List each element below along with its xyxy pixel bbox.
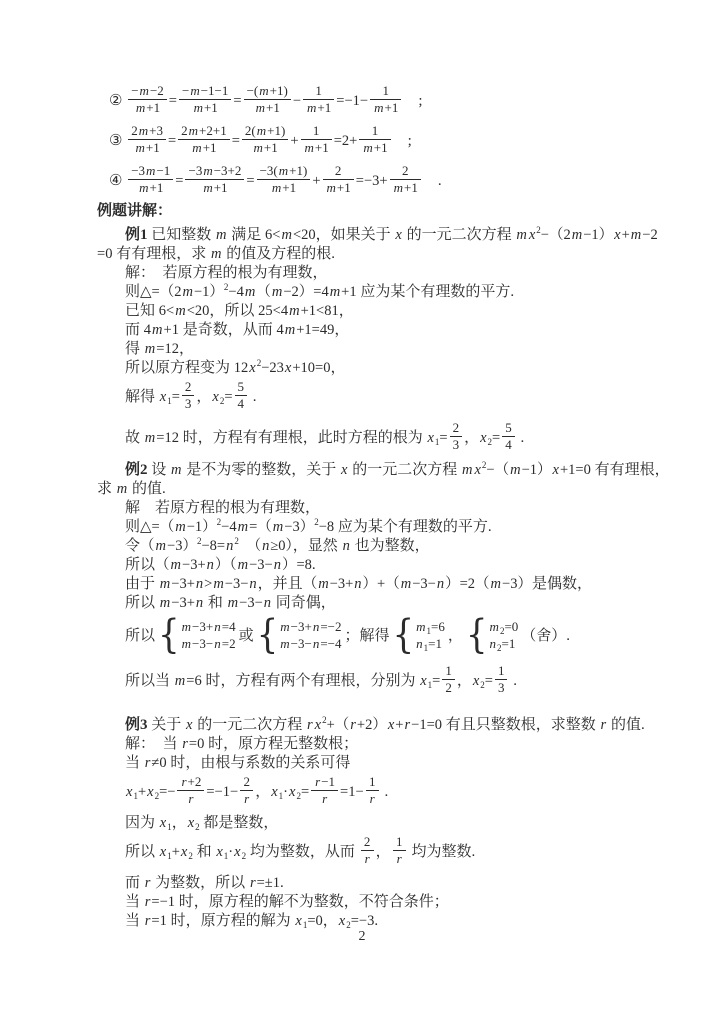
math-run: m — [210, 246, 222, 262]
doc-line: 当 r=−1 时，原方程的解不为整数，不符合条件； — [97, 893, 642, 912]
math-run: m=12 — [144, 341, 179, 357]
math-run: 12x2−23x+10=0 — [234, 360, 331, 376]
text-run: 时，方程有两个有理根，分别为 — [202, 673, 420, 689]
fraction: 1m+1 — [301, 124, 332, 156]
doc-line: 例2 设 m 是不为零的整数，关于 x 的一元二次方程 mx2−（m−1）x+1… — [97, 461, 642, 480]
numerator: 2 — [361, 835, 374, 852]
math-run: m−3+n>m−3−n — [159, 576, 258, 592]
text-run: 有有理根，求 — [112, 246, 210, 262]
math-run: x2 — [187, 815, 200, 831]
equation-system: {m2=0n2=1 — [466, 618, 518, 652]
text-run: 解 若原方程的根为有理数， — [125, 500, 320, 516]
denominator: m+1 — [185, 180, 244, 196]
text-run: 为整数，所以 — [151, 875, 249, 891]
text-run: . — [312, 557, 316, 573]
math-run: m−3−n — [227, 595, 272, 611]
text-run: ; — [393, 133, 412, 149]
numerator: −3m−1 — [128, 164, 173, 181]
numerator: 1 — [303, 84, 334, 101]
fraction: 2m+1 — [323, 164, 354, 196]
text-run: 同奇偶， — [272, 595, 336, 611]
numerator: −m−1−1 — [179, 84, 231, 101]
equation-system: {m−3+n=−2m−3−n=−4 — [257, 618, 342, 652]
text-run: 解： 当 — [125, 736, 181, 752]
math-run: n — [342, 538, 351, 554]
math-run: x1·x2 — [215, 844, 246, 860]
text-run: ， — [457, 673, 472, 689]
numerator: 1 — [442, 664, 455, 681]
denominator: m+1 — [257, 180, 311, 196]
denominator: 2 — [442, 680, 455, 696]
text-run: 所以 — [125, 628, 155, 644]
text-run: ，并且 — [258, 576, 303, 592]
doc-line: 故 m=12 时，方程有有理根，此时方程的根为 x1=23，x2=54 . — [97, 419, 642, 457]
text-run: 应为某个有理数的平方. — [357, 284, 515, 300]
math-run: x — [394, 227, 402, 243]
denominator: m+1 — [244, 100, 291, 116]
doc-line: 因为 x1，x2 都是整数， — [97, 814, 642, 833]
numerator: 1 — [301, 124, 332, 141]
section-heading: 例题讲解： — [97, 201, 642, 221]
denominator: m+1 — [179, 100, 231, 116]
equation-system: {m1=6n1=1 — [393, 618, 445, 652]
math-run: x1= — [426, 430, 447, 446]
numerator: 2m+3 — [128, 124, 166, 141]
math-run: + — [312, 173, 320, 189]
numerator: −3(m+1) — [257, 164, 311, 181]
left-brace: { — [393, 615, 415, 654]
denominator: m+1 — [242, 140, 288, 156]
doc-line: 例3 关于 x 的一元二次方程 rx2+（r+2）x+r−1=0 有且只整数根，… — [97, 716, 642, 735]
fraction: −3(m+1)m+1 — [257, 164, 311, 196]
text-run: 的一元二次方程 — [348, 462, 461, 478]
numerator: r+2 — [177, 775, 204, 792]
math-run: r=1 — [144, 913, 167, 929]
text-run: . — [249, 389, 257, 405]
numerator: 2(m+1) — [242, 124, 288, 141]
text-run: ， — [448, 628, 463, 644]
math-run: 25<4m+1<81 — [258, 303, 339, 319]
math-run: = — [246, 173, 254, 189]
text-run: 故 — [125, 430, 144, 446]
text-run: 或 — [239, 628, 254, 644]
denominator: r — [361, 851, 374, 867]
text-run: ③ — [109, 133, 126, 149]
text-run: 有有理根， — [591, 462, 670, 478]
math-run: r=0 — [181, 736, 204, 752]
text-run: 也为整数， — [351, 538, 430, 554]
denominator: m+1 — [323, 180, 354, 196]
left-brace: { — [158, 615, 180, 654]
fraction: 2m+2+1m+1 — [178, 124, 230, 156]
text-run: 得 — [125, 341, 144, 357]
text-run: 由于 — [125, 576, 159, 592]
bold-label: 例题讲解： — [97, 203, 172, 219]
text-run: . — [423, 173, 442, 189]
fraction: 54 — [235, 380, 248, 412]
doc-line: 则△=（2m−1）2−4m（m−2）=4m+1 应为某个有理数的平方. — [97, 283, 642, 302]
math-run: m — [116, 481, 128, 497]
system-row: m2=0 — [489, 618, 519, 635]
numerator: 2 — [240, 775, 253, 792]
math-run: （m−3+n）（m−3−n）=8 — [155, 557, 312, 573]
math-run: =（m−1）2−4m=（m−3）2−8 — [152, 519, 335, 535]
math-run: m — [170, 462, 182, 478]
numerator: r−1 — [311, 775, 338, 792]
math-run: mx2−（2m−1）x+m−2 — [515, 227, 657, 243]
doc-line: 由于 m−3+n>m−3−n，并且（m−3+n）+（m−3−n）=2（m−3）是… — [97, 575, 642, 594]
doc-line: 所以当 m=6 时，方程有两个有理根，分别为 x1=12，x2=13 . — [97, 662, 642, 700]
text-run: 所以 — [125, 557, 155, 573]
text-run: 应为某个有理数的平方. — [334, 519, 492, 535]
text-run: 则△ — [125, 519, 152, 535]
doc-line: ④ −3m−1m+1=−3m−3+2m+1=−3(m+1)m+1+2m+1=−3… — [97, 161, 642, 201]
denominator: r — [366, 791, 379, 807]
doc-line: 已知 6<m<20，所以 25<4m+1<81， — [97, 302, 642, 321]
text-run: 都是整数， — [200, 815, 279, 831]
fraction: −m−2m+1 — [128, 84, 167, 116]
math-run: mx2−（m−1）x+1=0 — [461, 462, 591, 478]
math-run: m−3+n — [159, 595, 204, 611]
text-run: 时，由根与系数的关系可得 — [167, 755, 351, 771]
page-number: 2 — [0, 929, 724, 945]
math-run: x1+x2=− — [125, 784, 175, 800]
text-run: 关于 — [151, 717, 185, 733]
fraction: 1r — [366, 775, 379, 807]
math-run: 6<m<20 — [159, 303, 210, 319]
math-run: =2+ — [334, 133, 358, 149]
math-run: （m−3+n）+（m−3−n）=2（m−3） — [303, 576, 532, 592]
bold-label: 例2 — [125, 462, 151, 478]
system-rows: m−3+n=4m−3−n=2 — [181, 618, 236, 652]
doc-line: 所以原方程变为 12x2−23x+10=0， — [97, 359, 642, 378]
text-run: 满足 — [228, 227, 266, 243]
text-run: ， — [464, 430, 479, 446]
text-run: 均为整数，从而 — [246, 844, 359, 860]
text-run: ， — [376, 844, 391, 860]
doc-line: 而 4m+1 是奇数，从而 4m+1=49， — [97, 321, 642, 340]
text-run: 而 — [125, 322, 144, 338]
doc-line: 而 r 为整数，所以 r=±1. — [97, 874, 642, 893]
math-run: =（2m−1）2−4m（m−2）=4m+1 — [152, 284, 357, 300]
text-run: 当 — [125, 894, 144, 910]
system-row: n2=1 — [489, 635, 519, 652]
fraction: 2(m+1)m+1 — [242, 124, 288, 156]
numerator: 2 — [323, 164, 354, 181]
numerator: 5 — [502, 421, 515, 438]
fraction: −m−1−1m+1 — [179, 84, 231, 116]
numerator: 2 — [182, 380, 195, 397]
math-run: x1= — [159, 389, 180, 405]
doc-line: 令（m−3）2−8=n2 （n≥0），显然 n 也为整数， — [97, 537, 642, 556]
text-run: ， — [330, 360, 345, 376]
text-run: 则△ — [125, 284, 152, 300]
doc-line: 解得 x1=23，x2=54 . — [97, 378, 642, 416]
fraction: 2r — [361, 835, 374, 867]
math-run: x1 — [159, 815, 172, 831]
fraction: 1m+1 — [359, 124, 390, 156]
denominator: r — [393, 851, 406, 867]
doc-line: 例1 已知整数 m 满足 6<m<20，如果关于 x 的一元二次方程 mx2−（… — [97, 226, 642, 245]
equation-system: {m−3+n=4m−3−n=2 — [158, 618, 236, 652]
math-run: （m−3）2−8=n2 — [140, 538, 239, 554]
denominator: 3 — [182, 396, 195, 412]
text-run: 解得 — [125, 389, 159, 405]
fraction: 2m+3m+1 — [128, 124, 166, 156]
document-content: ② −m−2m+1=−m−1−1m+1=−(m+1)m+1−1m+1=−1−1m… — [97, 81, 642, 931]
denominator: r — [177, 791, 204, 807]
system-rows: m2=0n2=1 — [489, 618, 519, 652]
text-run: 和 — [204, 595, 227, 611]
math-run: r≠0 — [144, 755, 167, 771]
fraction: 13 — [495, 664, 508, 696]
math-run: 6<m<20 — [265, 227, 316, 243]
numerator: 1 — [393, 835, 406, 852]
fraction: 2r — [240, 775, 253, 807]
denominator: m+1 — [370, 100, 401, 116]
text-run: 已知整数 — [151, 227, 215, 243]
text-run: （舍）. — [521, 628, 570, 644]
math-run: =1− — [340, 784, 364, 800]
text-run: 时，原方程的解不为整数，不符合条件； — [175, 894, 449, 910]
doc-line: 所以（m−3+n）（m−3−n）=8. — [97, 556, 642, 575]
numerator: 2 — [390, 164, 421, 181]
text-run: 时，原方程的解为 — [167, 913, 295, 929]
fraction: 23 — [182, 380, 195, 412]
text-run: 有且只整数根，求整数 — [442, 717, 600, 733]
system-row: m−3−n=−4 — [279, 635, 341, 652]
math-run: = — [175, 173, 183, 189]
doc-line: 求 m 的值. — [97, 480, 642, 499]
fraction: −(m+1)m+1 — [244, 84, 291, 116]
text-run: 设 — [151, 462, 170, 478]
math-run: 4m+1=49 — [276, 322, 334, 338]
math-run: r=−1 — [144, 894, 175, 910]
text-run: . — [374, 913, 378, 929]
math-run: x1= — [419, 673, 440, 689]
math-run: rx2+（r+2）x+r−1=0 — [306, 717, 442, 733]
text-run: 解： 若原方程的根为有理数， — [125, 265, 328, 281]
system-rows: m1=6n1=1 — [415, 618, 445, 652]
system-row: m−3−n=2 — [181, 635, 236, 652]
text-run: 均为整数. — [408, 844, 476, 860]
text-run: ， — [323, 913, 338, 929]
denominator: 4 — [235, 396, 248, 412]
numerator: 2 — [450, 421, 463, 438]
numerator: −m−2 — [128, 84, 167, 101]
math-run: m=6 — [174, 673, 202, 689]
denominator: m+1 — [359, 140, 390, 156]
text-run: ② — [109, 93, 126, 109]
doc-line: 解： 若原方程的根为有理数， — [97, 264, 642, 283]
math-run: x2= — [479, 430, 500, 446]
numerator: −(m+1) — [244, 84, 291, 101]
text-run: 令 — [125, 538, 140, 554]
text-run: 的值. — [607, 717, 645, 733]
math-run: x1=0 — [294, 913, 322, 929]
text-run: 已知 — [125, 303, 159, 319]
text-run: ， — [179, 341, 194, 357]
doc-line: x1+x2=−r+2r=−1−2r，x1·x2=r−1r=1−1r . — [97, 773, 642, 811]
denominator: 3 — [450, 437, 463, 453]
denominator: 4 — [502, 437, 515, 453]
text-run: ， — [196, 389, 211, 405]
math-run: − — [293, 93, 301, 109]
text-run: ， — [334, 322, 349, 338]
doc-line: 所以{m−3+n=4m−3−n=2或{m−3+n=−2m−3−n=−4；解得{m… — [97, 613, 642, 659]
denominator: m+1 — [128, 180, 173, 196]
text-run: . — [517, 430, 525, 446]
doc-line: ② −m−2m+1=−m−1−1m+1=−(m+1)m+1−1m+1=−1−1m… — [97, 81, 642, 121]
text-run: 的值及方程的根. — [222, 246, 335, 262]
system-row: m−3+n=−2 — [279, 618, 341, 635]
text-run: 的值. — [128, 481, 166, 497]
text-run: 所以原方程变为 — [125, 360, 234, 376]
text-run: ④ — [109, 173, 126, 189]
text-run: 求 — [97, 481, 116, 497]
doc-line: 所以 x1+x2 和 x1·x2 均为整数，从而 2r，1r 均为整数. — [97, 833, 642, 871]
denominator: m+1 — [128, 100, 167, 116]
denominator: 3 — [495, 680, 508, 696]
math-run: x2= — [472, 673, 493, 689]
math-run: 4m+1 — [144, 322, 179, 338]
text-run: . — [381, 784, 389, 800]
left-brace: { — [257, 615, 279, 654]
fraction: −3m−3+2m+1 — [185, 164, 244, 196]
doc-line: 解 若原方程的根为有理数， — [97, 499, 642, 518]
text-run: . — [509, 673, 517, 689]
text-run: 和 — [193, 844, 216, 860]
bold-label: 例3 — [125, 717, 151, 733]
numerator: 2m+2+1 — [178, 124, 230, 141]
math-run: + — [290, 133, 298, 149]
math-run: =−1− — [336, 93, 368, 109]
math-run: （n≥0） — [254, 538, 293, 554]
math-run: = — [168, 133, 176, 149]
text-run: . — [280, 875, 284, 891]
system-row: n1=1 — [415, 635, 445, 652]
math-run: =−3+ — [356, 173, 388, 189]
fraction: 23 — [450, 421, 463, 453]
fraction: −3m−1m+1 — [128, 164, 173, 196]
fraction: r+2r — [177, 775, 204, 807]
fraction: 54 — [502, 421, 515, 453]
numerator: 1 — [370, 84, 401, 101]
math-run: r=±1 — [249, 875, 280, 891]
doc-line: =0 有有理根，求 m 的值及方程的根. — [97, 245, 642, 264]
text-run: 时，方程有有理根，此时方程的根为 — [179, 430, 427, 446]
text-run: ; — [403, 93, 422, 109]
denominator: r — [311, 791, 338, 807]
math-run: m=12 — [144, 430, 179, 446]
denominator: m+1 — [390, 180, 421, 196]
text-run: 因为 — [125, 815, 159, 831]
doc-line: 得 m=12， — [97, 340, 642, 359]
document-page: ② −m−2m+1=−m−1−1m+1=−(m+1)m+1−1m+1=−1−1m… — [0, 0, 724, 1024]
left-brace: { — [466, 615, 488, 654]
text-run: ；解得 — [345, 628, 390, 644]
text-run: ， — [339, 303, 354, 319]
numerator: 1 — [495, 664, 508, 681]
fraction: 2m+1 — [390, 164, 421, 196]
text-run: 的一元二次方程 — [403, 227, 516, 243]
text-run: 是偶数， — [532, 576, 592, 592]
text-run: 所以 — [125, 844, 159, 860]
system-rows: m−3+n=−2m−3−n=−4 — [279, 618, 341, 652]
system-row: m1=6 — [415, 618, 445, 635]
numerator: 1 — [359, 124, 390, 141]
math-run: =0 — [97, 246, 112, 262]
fraction: 1m+1 — [370, 84, 401, 116]
doc-line: 所以 m−3+n 和 m−3−n 同奇偶， — [97, 594, 642, 613]
math-run: x2=−3 — [338, 913, 375, 929]
numerator: −3m−3+2 — [185, 164, 244, 181]
text-run: 是不为零的整数，关于 — [183, 462, 341, 478]
math-run: m — [215, 227, 227, 243]
fraction: 1m+1 — [303, 84, 334, 116]
math-run: x2= — [211, 389, 232, 405]
text-run: 所以 — [125, 595, 159, 611]
text-run: ，如果关于 — [316, 227, 395, 243]
doc-line: 当 r≠0 时，由根与系数的关系可得 — [97, 754, 642, 773]
math-run: x1·x2= — [270, 784, 309, 800]
system-row: m−3+n=4 — [181, 618, 236, 635]
text-run: 是奇数，从而 — [179, 322, 277, 338]
numerator: 5 — [235, 380, 248, 397]
text-run: ，所以 — [209, 303, 258, 319]
math-run: =−1− — [206, 784, 238, 800]
denominator: m+1 — [128, 140, 166, 156]
doc-line: ③ 2m+3m+1=2m+2+1m+1=2(m+1)m+1+1m+1=2+1m+… — [97, 121, 642, 161]
denominator: m+1 — [303, 100, 334, 116]
fraction: 12 — [442, 664, 455, 696]
text-run: 当 — [125, 913, 144, 929]
fraction: 1r — [393, 835, 406, 867]
math-run: = — [169, 93, 177, 109]
numerator: 1 — [366, 775, 379, 792]
denominator: m+1 — [178, 140, 230, 156]
text-run: ， — [172, 815, 187, 831]
text-run: 时，原方程无整数根； — [204, 736, 358, 752]
math-run: x1+x2 — [159, 844, 193, 860]
doc-line: 则△=（m−1）2−4m=（m−3）2−8 应为某个有理数的平方. — [97, 518, 642, 537]
math-run: = — [232, 133, 240, 149]
text-run — [239, 538, 254, 554]
denominator: m+1 — [301, 140, 332, 156]
fraction: r−1r — [311, 775, 338, 807]
text-run: ， — [255, 784, 270, 800]
bold-label: 例1 — [125, 227, 151, 243]
text-run: ，显然 — [293, 538, 342, 554]
text-run: 而 — [125, 875, 144, 891]
math-run: = — [233, 93, 241, 109]
doc-line: 解： 当 r=0 时，原方程无整数根； — [97, 735, 642, 754]
text-run: 的一元二次方程 — [193, 717, 306, 733]
text-run: 当 — [125, 755, 144, 771]
denominator: r — [240, 791, 253, 807]
text-run: 所以当 — [125, 673, 174, 689]
